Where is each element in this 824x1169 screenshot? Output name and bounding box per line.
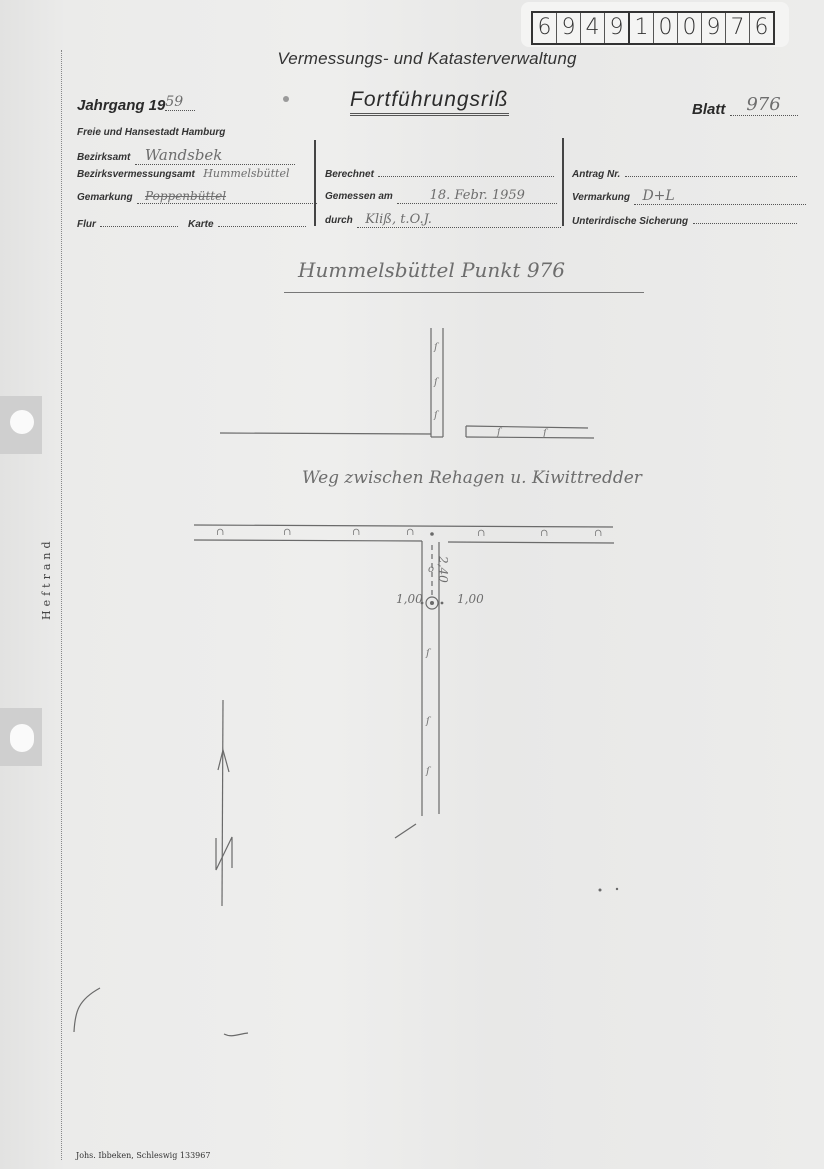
svg-text:∩: ∩ bbox=[406, 527, 414, 538]
svg-text:∩: ∩ bbox=[477, 528, 485, 539]
svg-text:o: o bbox=[428, 564, 434, 575]
svg-text:ſ: ſ bbox=[425, 766, 432, 777]
measure-vertical: 2,40 bbox=[436, 556, 450, 583]
svg-text:ſ: ſ bbox=[433, 342, 440, 353]
svg-text:∩: ∩ bbox=[352, 527, 360, 538]
svg-text:∩: ∩ bbox=[216, 527, 224, 538]
svg-text:ſ: ſ bbox=[433, 410, 440, 421]
printer-imprint: Johs. Ibbeken, Schleswig 133967 bbox=[76, 1151, 210, 1160]
svg-text:∩: ∩ bbox=[283, 527, 291, 538]
measure-left: 1,00 bbox=[396, 592, 423, 606]
svg-text:ſ: ſ bbox=[496, 427, 503, 438]
svg-text:ſ: ſ bbox=[425, 648, 432, 659]
svg-text:∩: ∩ bbox=[540, 528, 548, 539]
svg-text:ſ: ſ bbox=[433, 377, 440, 388]
measure-right: 1,00 bbox=[457, 592, 484, 606]
svg-text:ſ: ſ bbox=[425, 716, 432, 727]
svg-text:∩: ∩ bbox=[594, 528, 602, 539]
survey-sketch: ſ ſ ſ ſ ſ ∩ ∩ ∩ ∩ ∩ ∩ ∩ o ſ ſ ſ bbox=[0, 0, 824, 1169]
